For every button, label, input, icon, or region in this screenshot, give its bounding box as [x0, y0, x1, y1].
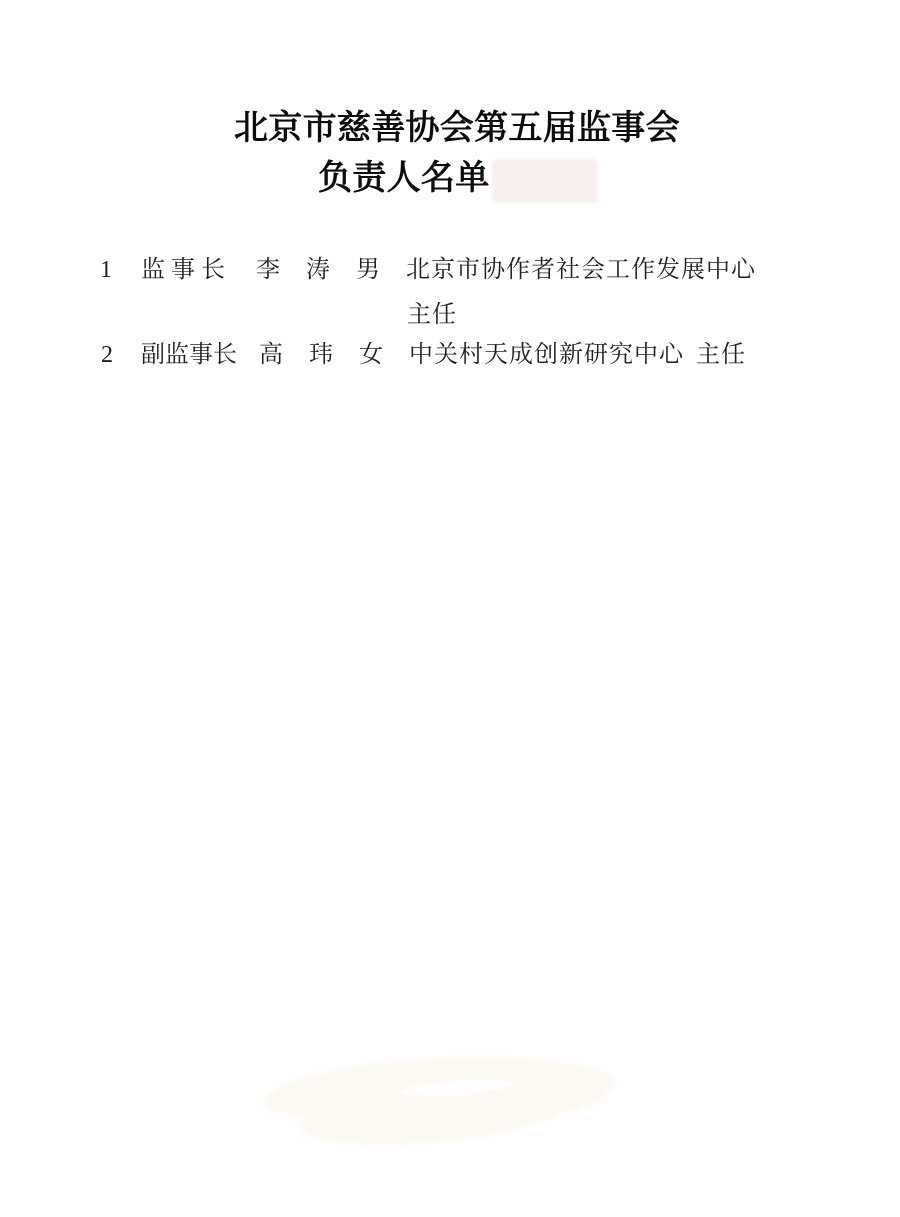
row2-index: 2: [101, 340, 114, 370]
row1-gender: 男: [356, 255, 381, 285]
row2-gender: 女: [359, 340, 384, 370]
document-page: 北京市慈善协会第五届监事会 负责人名单 1 监 事 长 李 涛 男 北京市协作者…: [0, 0, 900, 1217]
row2-organization: 中关村天成创新研究中心: [409, 340, 684, 370]
row1-index: 1: [100, 255, 113, 285]
row1-organization: 北京市协作者社会工作发展中心: [406, 255, 756, 285]
row1-role: 主任: [407, 300, 457, 330]
title-scan-smudge: [492, 159, 598, 203]
document-title-line1: 北京市慈善协会第五届监事会: [234, 108, 680, 150]
document-title-line2: 负责人名单: [318, 158, 490, 200]
row1-name: 李 涛: [256, 255, 331, 285]
row2-name: 高 玮: [259, 340, 334, 370]
row1-position: 监 事 长: [141, 255, 225, 285]
row2-role: 主任: [696, 340, 746, 370]
row2-position: 副监事长: [141, 340, 237, 370]
